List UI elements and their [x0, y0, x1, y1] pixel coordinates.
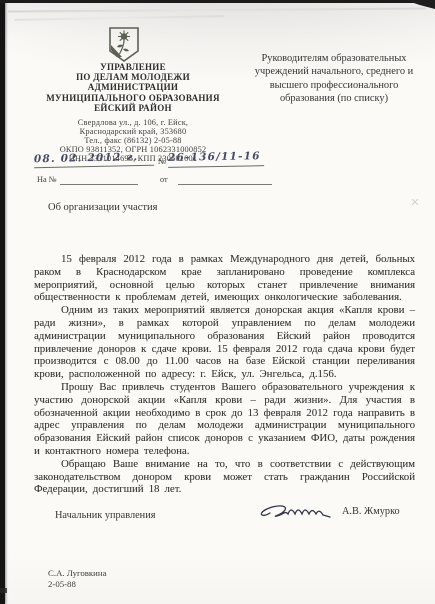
recipient-line: учреждений начального, среднего и: [240, 65, 428, 78]
body-paragraph: Обращаю Ваше внимание на то, что в соотв…: [34, 458, 415, 496]
signature-scribble-icon: [256, 502, 342, 522]
org-address-line: Краснодарский край, 353680: [24, 127, 242, 136]
reply-reference-line: На № от: [37, 175, 277, 189]
reference-line: 08. 02. 2012 г. № 26-136/11-16: [34, 152, 264, 172]
reply-ref-blank: [60, 175, 138, 185]
recipient-block: Руководителям образовательных учреждений…: [240, 52, 428, 106]
org-name-line: УПРАВЛЕНИЕ: [24, 62, 242, 72]
org-name-line: МУНИЦИПАЛЬНОГО ОБРАЗОВАНИЯ: [24, 93, 242, 103]
letter-body: 15 февраля 2012 года в рамках Международ…: [34, 253, 415, 496]
reply-date-label: от: [160, 175, 168, 184]
recipient-line: Руководителям образовательных: [240, 52, 428, 65]
recipient-line: образования (по списку): [240, 92, 428, 105]
signatory-name: А.В. Жмурко: [342, 506, 400, 517]
scan-smudge: [412, 199, 418, 205]
ref-number-handwritten: 26-136/11-16: [168, 150, 264, 168]
scan-edge-left: [0, 0, 5, 604]
ref-date-handwritten: 08. 02. 2012 г.: [34, 151, 154, 169]
executor-phone: 2-05-88: [48, 579, 76, 589]
signatory-position: Начальник управления: [55, 510, 155, 521]
org-name-line: ПО ДЕЛАМ МОЛОДЕЖИ: [24, 72, 242, 82]
body-paragraph: Прошу Вас привлечь студентов Вашего обра…: [34, 381, 415, 458]
scan-streak: [14, 15, 224, 21]
reply-ref-label: На №: [37, 175, 57, 184]
coat-of-arms-sunflower-icon: [108, 26, 140, 63]
scan-edge-top: [0, 0, 435, 3]
reply-date-blank: [178, 175, 272, 185]
ref-number-sign: №: [158, 156, 166, 166]
org-address-line: Тел., факс (86132) 2-05-88: [24, 136, 242, 145]
scanned-letter-page: УПРАВЛЕНИЕ ПО ДЕЛАМ МОЛОДЕЖИ АДМИНИСТРАЦ…: [0, 0, 435, 604]
subject-line: Об организации участия: [48, 202, 157, 213]
org-name-line: ЕЙСКИЙ РАЙОН: [24, 103, 242, 113]
org-name-line: АДМИНИСТРАЦИИ: [24, 82, 242, 92]
body-paragraph: Одним из таких мероприятий является доно…: [34, 304, 415, 381]
org-address-line: Свердлова ул., д. 106, г. Ейск,: [24, 118, 242, 127]
body-paragraph: 15 февраля 2012 года в рамках Международ…: [34, 253, 415, 304]
scan-edge-mark: [0, 588, 7, 593]
org-name-block: УПРАВЛЕНИЕ ПО ДЕЛАМ МОЛОДЕЖИ АДМИНИСТРАЦ…: [24, 62, 242, 113]
scan-streak: [8, 8, 426, 13]
executor-name: С.А. Луговкина: [48, 568, 107, 578]
recipient-line: высшего профессионального: [240, 79, 428, 92]
